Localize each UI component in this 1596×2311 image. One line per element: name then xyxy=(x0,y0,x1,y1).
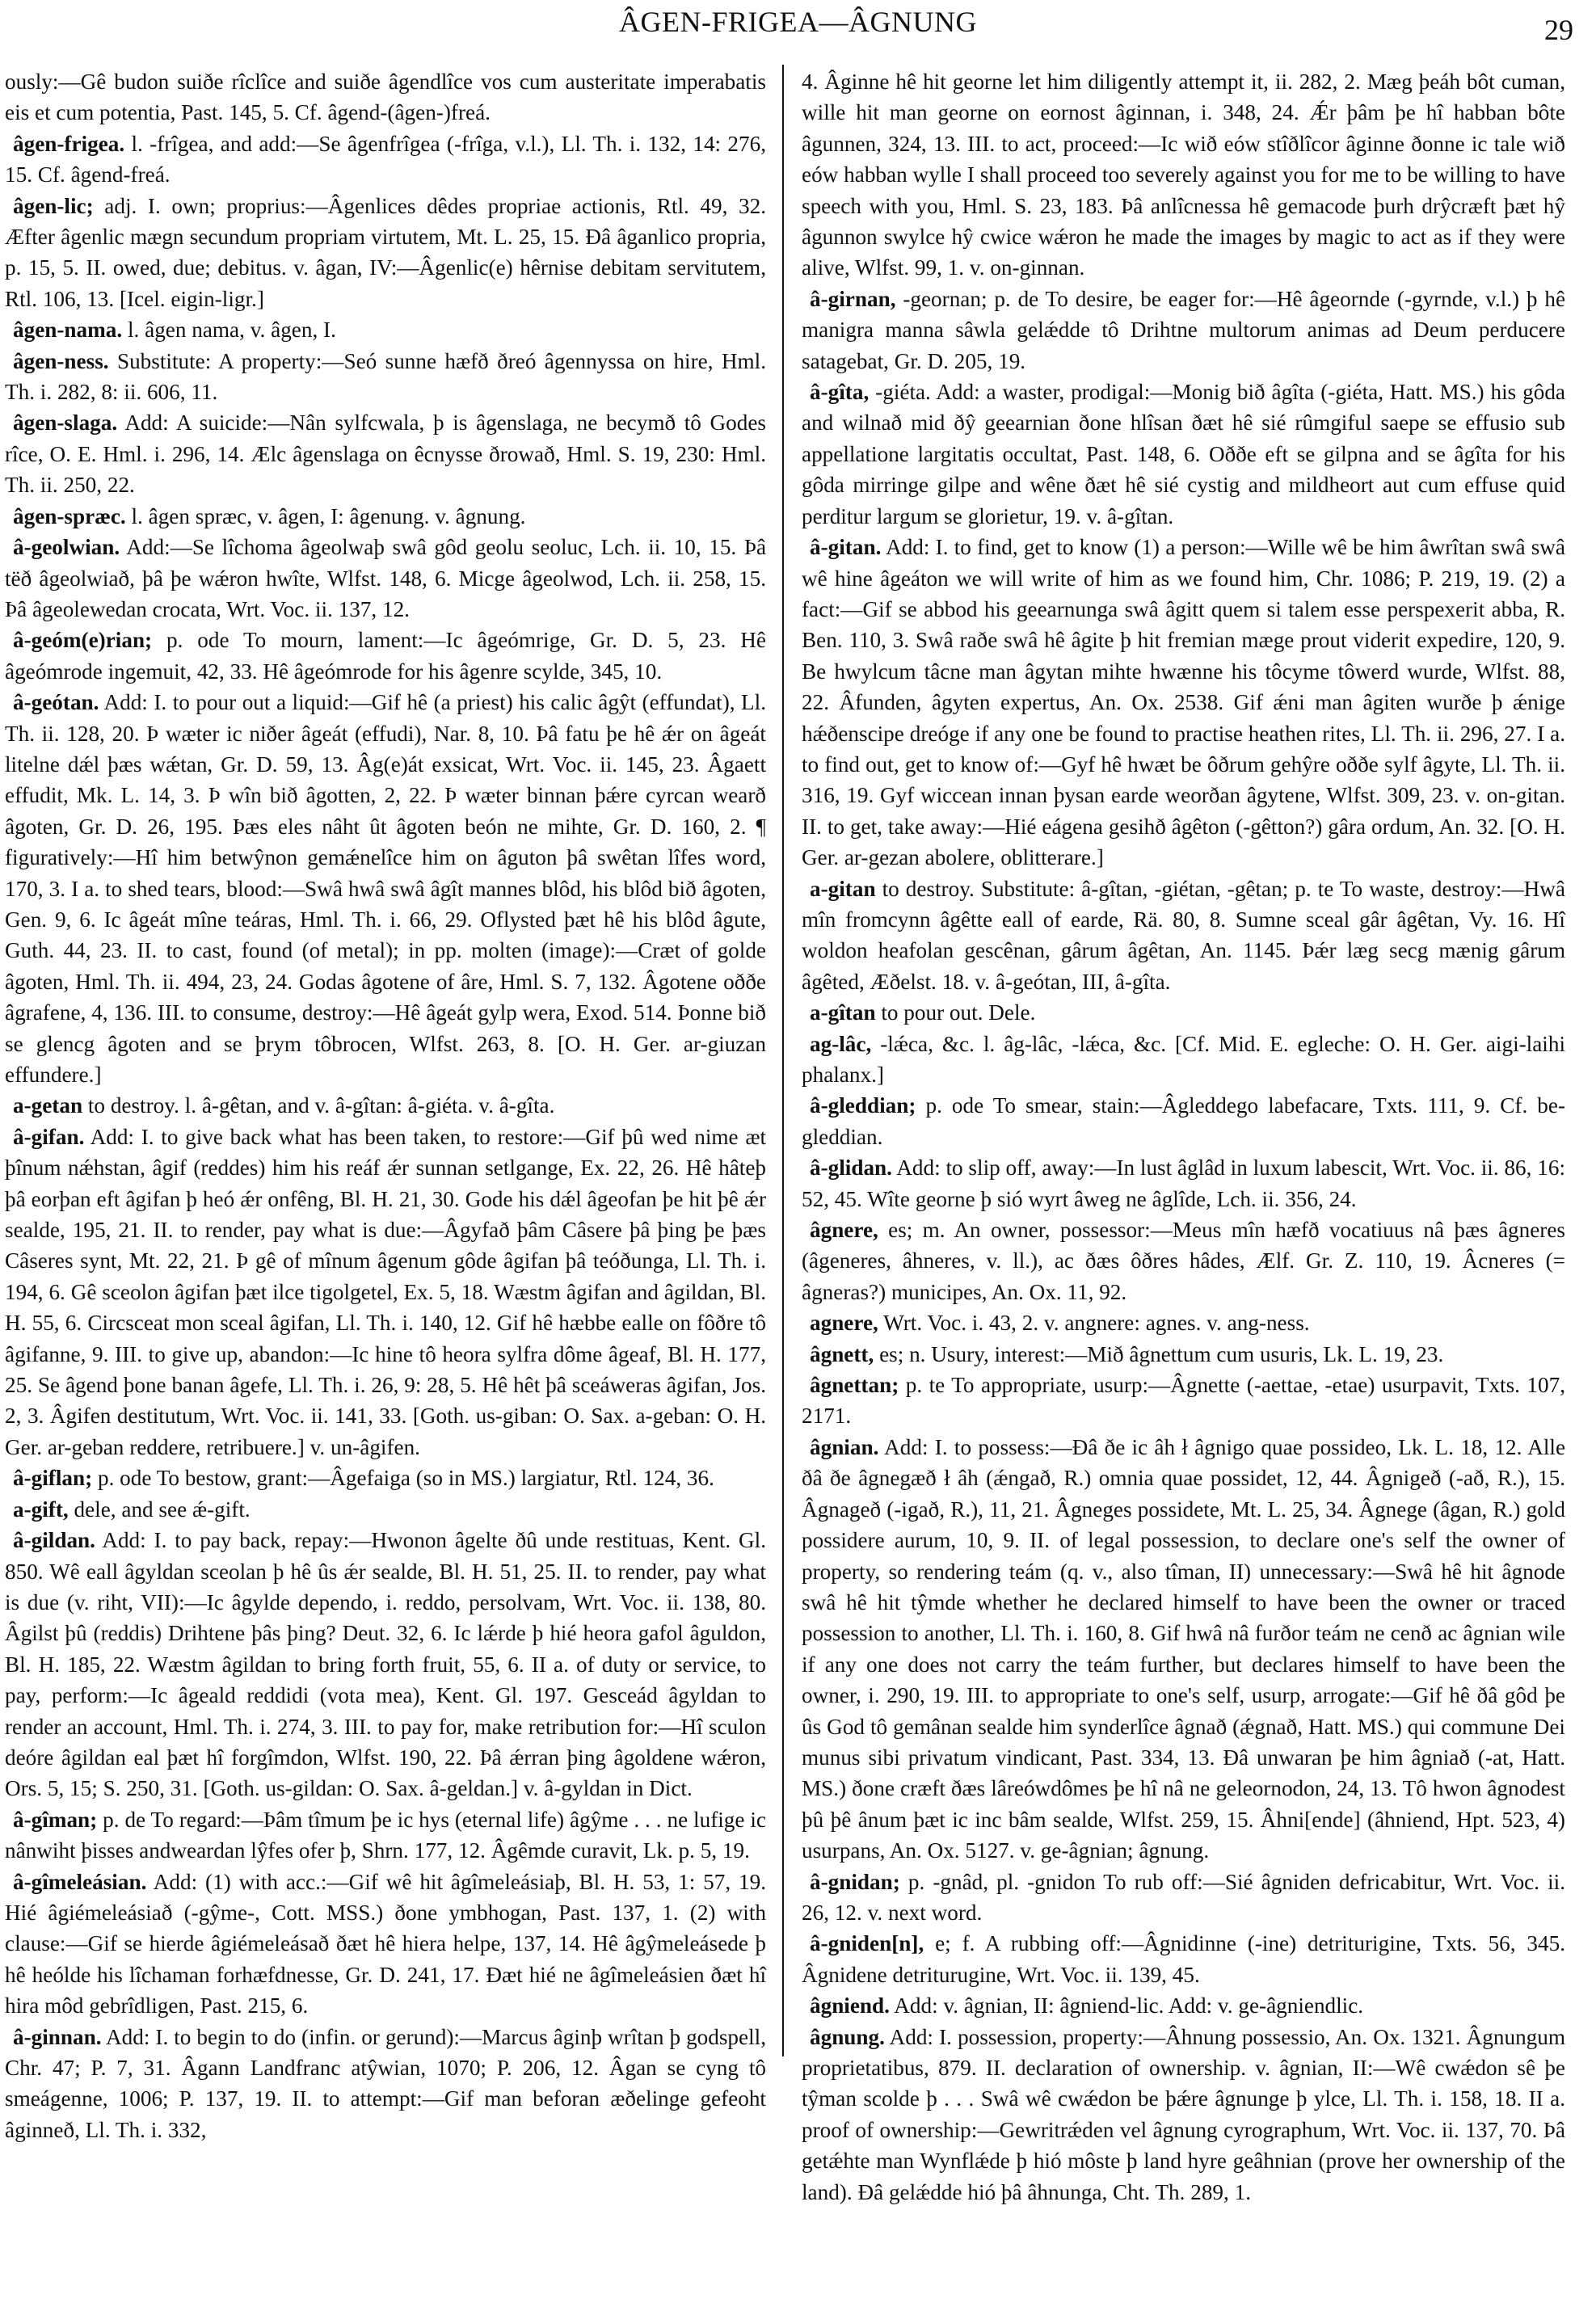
headword: â-gniden[n], xyxy=(810,1931,924,1955)
entry-text: p. ode To bestow, grant:—Âgefaiga (so in… xyxy=(98,1466,714,1490)
headword: â-girnan, xyxy=(810,287,896,311)
entry-text: Add: I. to pay back, repay:—Hwonon âgelt… xyxy=(5,1528,766,1800)
dictionary-entry: â-gîmeleásian. Add: (1) with acc.:—Gif w… xyxy=(5,1867,766,2022)
entry-text: p. -gnâd, pl. -gnidon To rub off:—Sié âg… xyxy=(802,1870,1565,1925)
entry-text: l. âgen nama, v. âgen, I. xyxy=(128,318,336,342)
dictionary-entry: âgnett, es; n. Usury, interest:—Mið âgne… xyxy=(802,1339,1565,1370)
dictionary-entry: âgen-frigea. l. -frîgea, and add:—Se âge… xyxy=(5,128,766,191)
headword: â-gitan. xyxy=(810,535,881,559)
entry-text: Add: I. possession, property:—Âhnung pos… xyxy=(802,2025,1565,2204)
page-header: ÂGEN-FRIGEA—ÂGNUNG 29 xyxy=(0,0,1596,57)
dictionary-entry: a-gift, dele, and see ǽ-gift. xyxy=(5,1494,766,1525)
dictionary-entry: â-gleddian; p. ode To smear, stain:—Âgle… xyxy=(802,1090,1565,1152)
headword: â-gîta, xyxy=(810,380,869,404)
entry-text: p. te To appropriate, usurp:—Âgnette (-a… xyxy=(802,1373,1565,1428)
dictionary-entry: ously:—Gê budon suiðe rîclîce and suiðe … xyxy=(5,66,766,128)
headword: â-gîman; xyxy=(13,1808,97,1832)
left-column: ously:—Gê budon suiðe rîclîce and suiðe … xyxy=(5,66,766,2145)
entry-text: to destroy. l. â-gêtan, and v. â-gîtan: … xyxy=(88,1093,555,1118)
headword: a-getan xyxy=(13,1093,82,1118)
entry-text: p. de To regard:—Þâm tîmum þe ic hys (et… xyxy=(5,1808,766,1863)
dictionary-entry: âgniend. Add: v. âgnian, II: âgniend-lic… xyxy=(802,1990,1565,2021)
dictionary-entry: â-giflan; p. ode To bestow, grant:—Âgefa… xyxy=(5,1463,766,1493)
dictionary-entry: âgnian. Add: I. to possess:—Ðâ ðe ic âh … xyxy=(802,1432,1565,1867)
headword: âgnian. xyxy=(810,1435,878,1459)
dictionary-entry: â-glidan. Add: to slip off, away:—In lus… xyxy=(802,1152,1565,1214)
headword: â-gîmeleásian. xyxy=(13,1870,146,1894)
dictionary-entry: âgen-nama. l. âgen nama, v. âgen, I. xyxy=(5,314,766,345)
running-head-title: ÂGEN-FRIGEA—ÂGNUNG xyxy=(0,5,1596,39)
headword: â-geolwian. xyxy=(13,535,120,559)
headword: â-geótan. xyxy=(13,690,99,714)
headword: a-gitan xyxy=(810,877,876,901)
entry-text: Substitute: A property:—Seó sunne hæfð ð… xyxy=(5,349,766,404)
headword: â-ginnan. xyxy=(13,2025,102,2049)
dictionary-entry: âgen-slaga. Add: A suicide:—Nân sylfcwal… xyxy=(5,407,766,500)
entry-text: l. âgen spræc, v. âgen, I: âgenung. v. â… xyxy=(132,504,526,528)
entry-text: Add: v. âgnian, II: âgniend-lic. Add: v.… xyxy=(894,1993,1363,2018)
entry-text: Add: I. to find, get to know (1) a perso… xyxy=(802,535,1565,869)
dictionary-entry: â-geóm(e)rian; p. ode To mourn, lament:—… xyxy=(5,625,766,687)
headword: a-gift, xyxy=(13,1497,69,1522)
dictionary-entry: â-gnidan; p. -gnâd, pl. -gnidon To rub o… xyxy=(802,1867,1565,1929)
headword: âgen-spræc. xyxy=(13,504,126,528)
right-column: 4. Âginne hê hit georne let him diligent… xyxy=(802,66,1565,2208)
entry-text: Add: I. to possess:—Ðâ ðe ic âh ł âgnigo… xyxy=(802,1435,1565,1863)
headword: âgen-ness. xyxy=(13,349,109,373)
column-divider xyxy=(782,65,784,2056)
entry-text: Add: I. to give back what has been taken… xyxy=(5,1125,766,1459)
dictionary-entry: ag-lâc, -lǽca, &c. l. âg-lâc, -lǽca, &c.… xyxy=(802,1029,1565,1091)
entry-text: Add: A suicide:—Nân sylfcwala, þ is âgen… xyxy=(5,410,766,497)
headword: âgnere, xyxy=(810,1218,878,1242)
headword: âgnung. xyxy=(810,2025,885,2049)
dictionary-entry: âgnere, es; m. An owner, possessor:—Meus… xyxy=(802,1214,1565,1307)
dictionary-entry: âgen-lic; adj. I. own; proprius:—Âgenlic… xyxy=(5,191,766,315)
dictionary-entry: agnere, Wrt. Voc. i. 43, 2. v. angnere: … xyxy=(802,1307,1565,1338)
dictionary-entry: âgen-spræc. l. âgen spræc, v. âgen, I: â… xyxy=(5,501,766,532)
headword: a-gîtan xyxy=(810,1000,876,1025)
dictionary-entry: âgen-ness. Substitute: A property:—Seó s… xyxy=(5,346,766,408)
dictionary-entry: â-girnan, -geornan; p. de To desire, be … xyxy=(802,284,1565,377)
headword: agnere, xyxy=(810,1311,878,1335)
dictionary-entry: â-ginnan. Add: I. to begin to do (infin.… xyxy=(5,2022,766,2146)
entry-text: Wrt. Voc. i. 43, 2. v. angnere: agnes. v… xyxy=(883,1311,1309,1335)
dictionary-entry: â-gitan. Add: I. to find, get to know (1… xyxy=(802,532,1565,873)
headword: â-gildan. xyxy=(13,1528,95,1552)
entry-text: Add: to slip off, away:—In lust âglâd in… xyxy=(802,1155,1565,1210)
dictionary-entry: â-geótan. Add: I. to pour out a liquid:—… xyxy=(5,687,766,1090)
entry-text: adj. I. own; proprius:—Âgenlices dêdes p… xyxy=(5,194,766,311)
headword: â-gnidan; xyxy=(810,1870,900,1894)
entry-text: Add:—Se lîchoma âgeolwaþ swâ gôd geolu s… xyxy=(5,535,766,621)
headword: âgen-nama. xyxy=(13,318,122,342)
headword: âgnett, xyxy=(810,1342,874,1366)
dictionary-entry: âgnettan; p. te To appropriate, usurp:—Â… xyxy=(802,1370,1565,1432)
dictionary-entry: â-gîman; p. de To regard:—Þâm tîmum þe i… xyxy=(5,1804,766,1867)
dictionary-entry: â-gifan. Add: I. to give back what has b… xyxy=(5,1122,766,1463)
headword: âgen-frigea. xyxy=(13,132,124,156)
dictionary-entry: â-gniden[n], e; f. A rubbing off:—Âgnidi… xyxy=(802,1928,1565,1990)
headword: â-gifan. xyxy=(13,1125,84,1149)
dictionary-entry: âgnung. Add: I. possession, property:—Âh… xyxy=(802,2022,1565,2208)
headword: â-giflan; xyxy=(13,1466,92,1490)
headword: âgen-lic; xyxy=(13,194,94,218)
entry-text: to destroy. Substitute: â-gîtan, -giétan… xyxy=(802,877,1565,994)
entry-text: ously:—Gê budon suiðe rîclîce and suiðe … xyxy=(5,69,766,124)
entry-text: Add: I. to begin to do (infin. or gerund… xyxy=(5,2025,766,2142)
dictionary-entry: 4. Âginne hê hit georne let him diligent… xyxy=(802,66,1565,284)
dictionary-entry: â-gildan. Add: I. to pay back, repay:—Hw… xyxy=(5,1525,766,1804)
entry-text: 4. Âginne hê hit georne let him diligent… xyxy=(802,69,1565,280)
headword: âgniend. xyxy=(810,1993,890,2018)
entry-text: to pour out. Dele. xyxy=(881,1000,1035,1025)
headword: â-geóm(e)rian; xyxy=(13,628,152,652)
dictionary-entry: â-gîta, -giéta. Add: a waster, prodigal:… xyxy=(802,377,1565,532)
headword: âgen-slaga. xyxy=(13,410,117,435)
entry-text: p. ode To smear, stain:—Âgleddego labefa… xyxy=(802,1093,1565,1148)
headword: â-glidan. xyxy=(810,1155,892,1180)
dictionary-entry: â-geolwian. Add:—Se lîchoma âgeolwaþ swâ… xyxy=(5,532,766,625)
page-number: 29 xyxy=(1544,13,1573,47)
entry-text: es; m. An owner, possessor:—Meus mîn hæf… xyxy=(802,1218,1565,1304)
headword: âgnettan; xyxy=(810,1373,899,1397)
entry-text: Add: I. to pour out a liquid:—Gif hê (a … xyxy=(5,690,766,1087)
headword: â-gleddian; xyxy=(810,1093,916,1118)
entry-text: -giéta. Add: a waster, prodigal:—Monig b… xyxy=(802,380,1565,528)
dictionary-entry: a-getan to destroy. l. â-gêtan, and v. â… xyxy=(5,1090,766,1121)
dictionary-entry: a-gitan to destroy. Substitute: â-gîtan,… xyxy=(802,873,1565,998)
entry-text: -lǽca, &c. l. âg-lâc, -lǽca, &c. [Cf. Mi… xyxy=(802,1032,1565,1087)
entry-text: dele, and see ǽ-gift. xyxy=(74,1497,251,1522)
dictionary-entry: a-gîtan to pour out. Dele. xyxy=(802,997,1565,1028)
entry-text: -geornan; p. de To desire, be eager for:… xyxy=(802,287,1565,373)
entry-text: es; n. Usury, interest:—Mið âgnettum cum… xyxy=(879,1342,1443,1366)
headword: ag-lâc, xyxy=(810,1032,871,1056)
